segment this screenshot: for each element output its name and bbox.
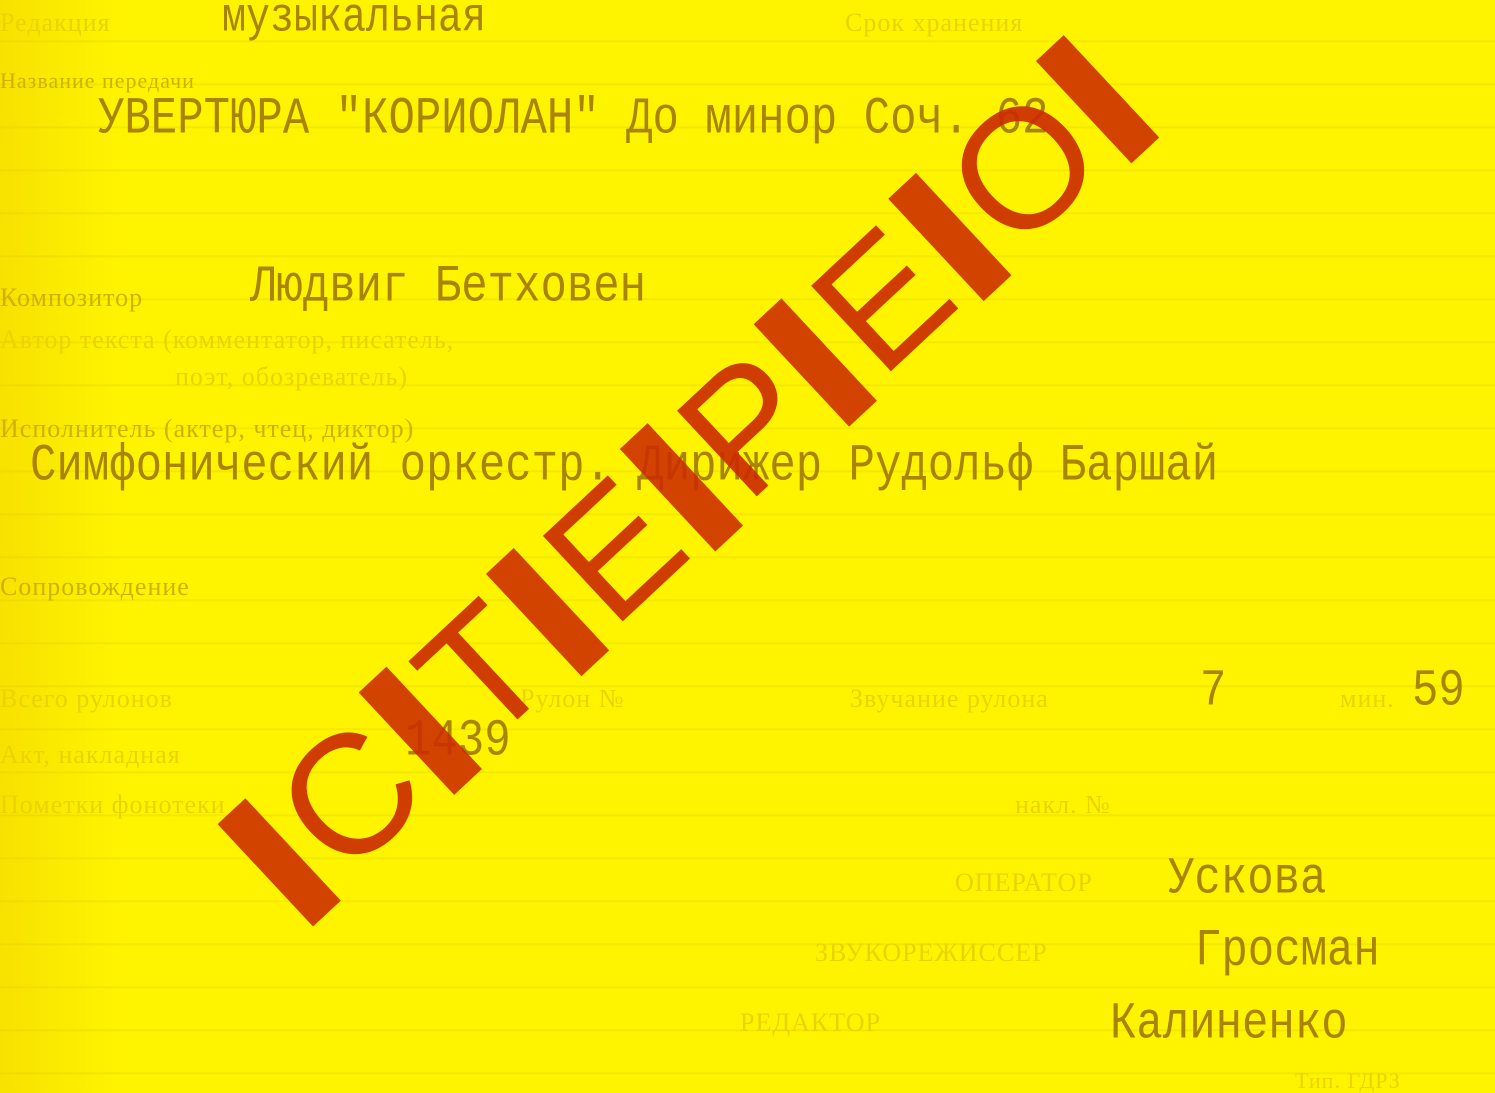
- label-minutes: мин.: [1340, 684, 1395, 714]
- label-reel-duration: Звучание рулона: [850, 684, 1049, 714]
- value-reel-duration-seconds: 59: [1412, 662, 1465, 721]
- label-text-author-line2: поэт, обозреватель): [175, 362, 408, 392]
- label-edition: Редакция: [0, 8, 111, 38]
- label-operator: ОПЕРАТОР: [955, 868, 1093, 898]
- label-total-reels: Всего рулонов: [0, 684, 173, 714]
- value-act-number: 1439: [405, 712, 511, 771]
- label-editor: РЕДАКТОР: [740, 1008, 881, 1038]
- value-performer: Симфонический оркестр. Дирижер Рудольф Б…: [30, 437, 1218, 496]
- label-defects: Пометки фонотеки: [0, 790, 226, 820]
- stamp-bar: [1036, 35, 1159, 163]
- value-sound-engineer: Гросман: [1195, 922, 1380, 981]
- stamp-bar: [218, 798, 341, 926]
- label-sound-engineer: ЗВУКОРЕЖИССЕР: [815, 938, 1048, 968]
- stamp-letter: Е: [783, 199, 982, 401]
- stamp-bar: [888, 173, 1011, 301]
- stamp-bar: [754, 298, 877, 426]
- label-act: Акт, накладная: [0, 740, 181, 770]
- label-invoice-no: накл. №: [1015, 790, 1111, 820]
- label-text-author-line1: Автор текста (комментатор, писатель,: [0, 325, 454, 355]
- value-title: УВЕРТЮРА "КОРИОЛАН" До минор Соч. 62: [98, 90, 1049, 149]
- catalogue-card: Редакция Срок хранения Название передачи…: [0, 0, 1495, 1093]
- stamp-bar: [486, 548, 609, 676]
- label-reel-no: Рулон №: [520, 684, 625, 714]
- label-storage-term: Срок хранения: [845, 8, 1023, 38]
- label-composer: Композитор: [0, 283, 143, 313]
- label-footer: Тип. ГДРЗ: [1295, 1068, 1401, 1093]
- value-reel-duration-minutes: 7: [1200, 662, 1226, 721]
- value-operator: Ускова: [1168, 850, 1326, 909]
- value-composer: Людвиг Бетховен: [250, 258, 646, 317]
- value-edition: музыкальная: [222, 0, 486, 46]
- label-accompaniment: Сопровождение: [0, 572, 190, 602]
- value-editor: Калиненко: [1110, 995, 1348, 1054]
